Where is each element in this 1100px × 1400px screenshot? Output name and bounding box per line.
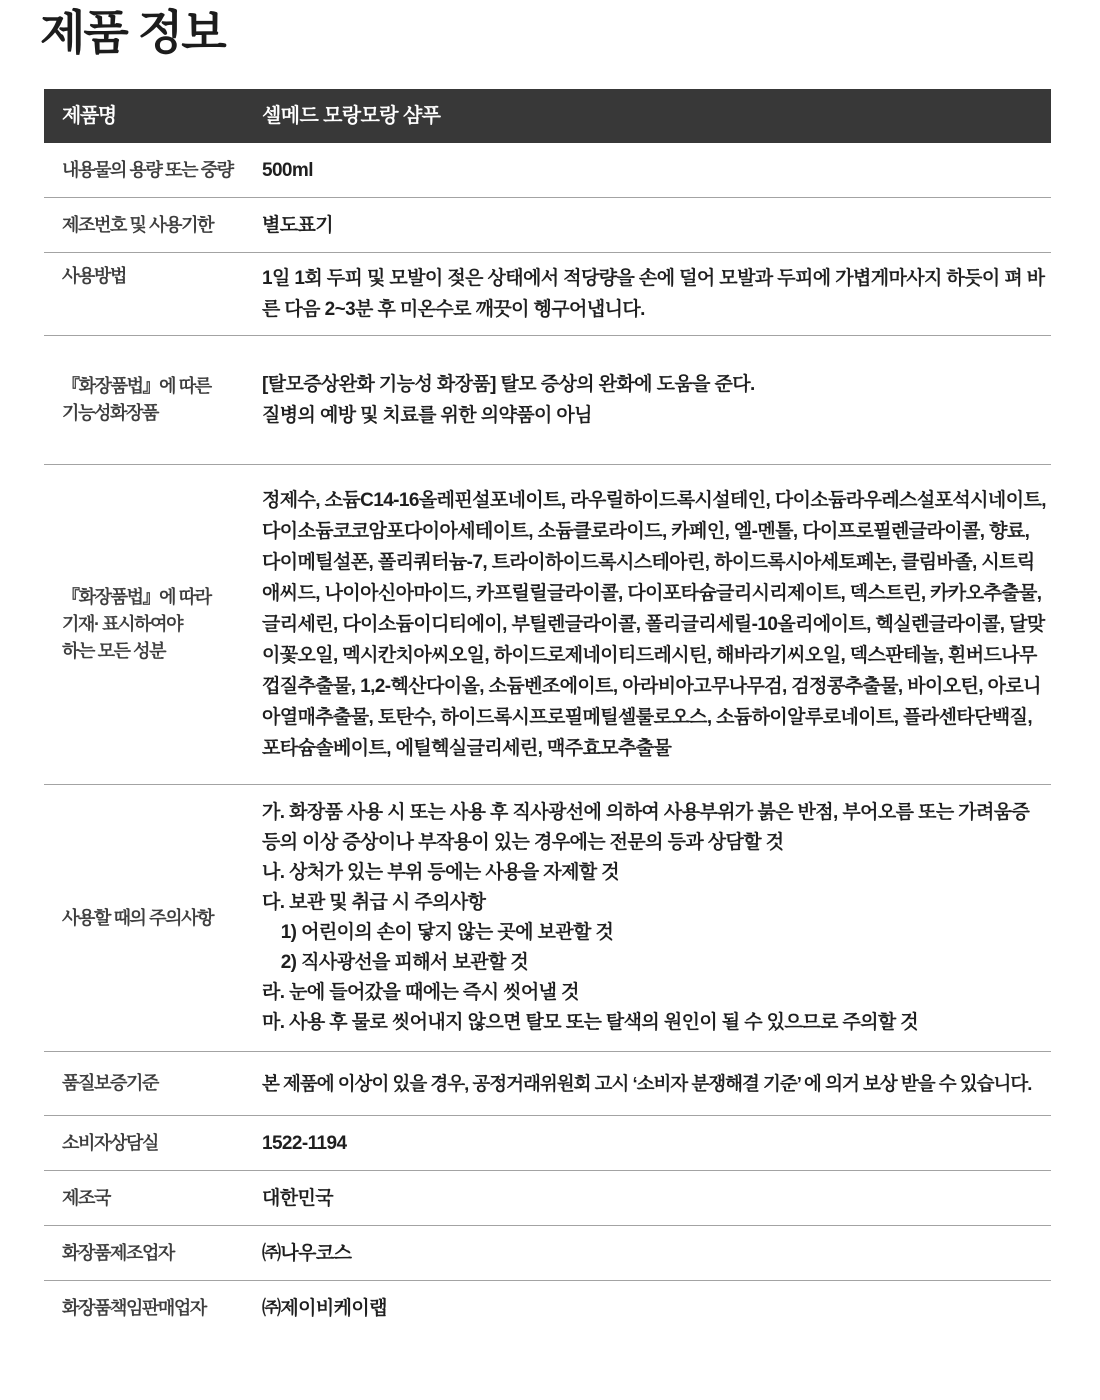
- row-country-of-origin: 제조국 대한민국: [44, 1171, 1051, 1226]
- batch-expiry-value: 별도표기: [262, 210, 1051, 241]
- header-product-name-label: 제품명: [44, 103, 262, 130]
- row-volume: 내용물의 용량 또는 중량 500ml: [44, 143, 1051, 198]
- table-header-row: 제품명 셀메드 모랑모랑 샴푸: [44, 89, 1051, 143]
- volume-value: 500ml: [262, 155, 1051, 186]
- country-of-origin-label: 제조국: [44, 1185, 262, 1212]
- responsible-distributor-value: ㈜제이비케이랩: [262, 1293, 1051, 1324]
- customer-service-label: 소비자상담실: [44, 1130, 262, 1157]
- row-manufacturer: 화장품제조업자 ㈜나우코스: [44, 1226, 1051, 1281]
- responsible-distributor-label: 화장품책임판매업자: [44, 1295, 262, 1322]
- manufacturer-label: 화장품제조업자: [44, 1240, 262, 1267]
- functional-cosmetic-label: 『화장품법』에 따른 기능성화장품: [44, 373, 262, 427]
- page-title: 제품 정보: [0, 0, 1100, 60]
- row-functional-cosmetic: 『화장품법』에 따른 기능성화장품 [탈모증상완화 기능성 화장품] 탈모 증상…: [44, 336, 1051, 465]
- quality-guarantee-label: 품질보증기준: [44, 1070, 262, 1097]
- row-quality-guarantee: 품질보증기준 본 제품에 이상이 있을 경우, 공정거래위원회 고시 ‘소비자 …: [44, 1052, 1051, 1116]
- ingredients-value: 정제수, 소듐C14-16올레핀설포네이트, 라우릴하이드록시설테인, 다이소듐…: [262, 485, 1051, 764]
- volume-label: 내용물의 용량 또는 중량: [44, 157, 262, 184]
- manufacturer-value: ㈜나우코스: [262, 1238, 1051, 1269]
- row-usage-warnings: 사용할 때의 주의사항 가. 화장품 사용 시 또는 사용 후 직사광선에 의하…: [44, 785, 1051, 1052]
- row-ingredients: 『화장품법』에 따라 기재· 표시하여야 하는 모든 성분 정제수, 소듐C14…: [44, 465, 1051, 785]
- ingredients-label: 『화장품법』에 따라 기재· 표시하여야 하는 모든 성분: [44, 584, 262, 665]
- row-batch-expiry: 제조번호 및 사용기한 별도표기: [44, 198, 1051, 253]
- product-info-page: 제품 정보 제품명 셀메드 모랑모랑 샴푸 내용물의 용량 또는 중량 500m…: [0, 0, 1100, 1400]
- usage-warnings-value: 가. 화장품 사용 시 또는 사용 후 직사광선에 의하여 사용부위가 붉은 반…: [262, 798, 1051, 1038]
- header-product-name-value: 셀메드 모랑모랑 샴푸: [262, 101, 1051, 132]
- country-of-origin-value: 대한민국: [262, 1183, 1051, 1214]
- row-customer-service: 소비자상담실 1522-1194: [44, 1116, 1051, 1171]
- functional-cosmetic-value: [탈모증상완화 기능성 화장품] 탈모 증상의 완화에 도움을 준다. 질병의 …: [262, 369, 1051, 431]
- usage-directions-value: 1일 1회 두피 및 모발이 젖은 상태에서 적당량을 손에 덜어 모발과 두피…: [262, 263, 1051, 325]
- customer-service-value: 1522-1194: [262, 1128, 1051, 1159]
- product-info-table: 제품명 셀메드 모랑모랑 샴푸 내용물의 용량 또는 중량 500ml 제조번호…: [44, 89, 1051, 1335]
- row-responsible-distributor: 화장품책임판매업자 ㈜제이비케이랩: [44, 1281, 1051, 1335]
- quality-guarantee-value: 본 제품에 이상이 있을 경우, 공정거래위원회 고시 ‘소비자 분쟁해결 기준…: [262, 1068, 1051, 1099]
- batch-expiry-label: 제조번호 및 사용기한: [44, 212, 262, 239]
- row-usage-directions: 사용방법 1일 1회 두피 및 모발이 젖은 상태에서 적당량을 손에 덜어 모…: [44, 253, 1051, 336]
- usage-directions-label: 사용방법: [44, 263, 262, 290]
- usage-warnings-label: 사용할 때의 주의사항: [44, 905, 262, 932]
